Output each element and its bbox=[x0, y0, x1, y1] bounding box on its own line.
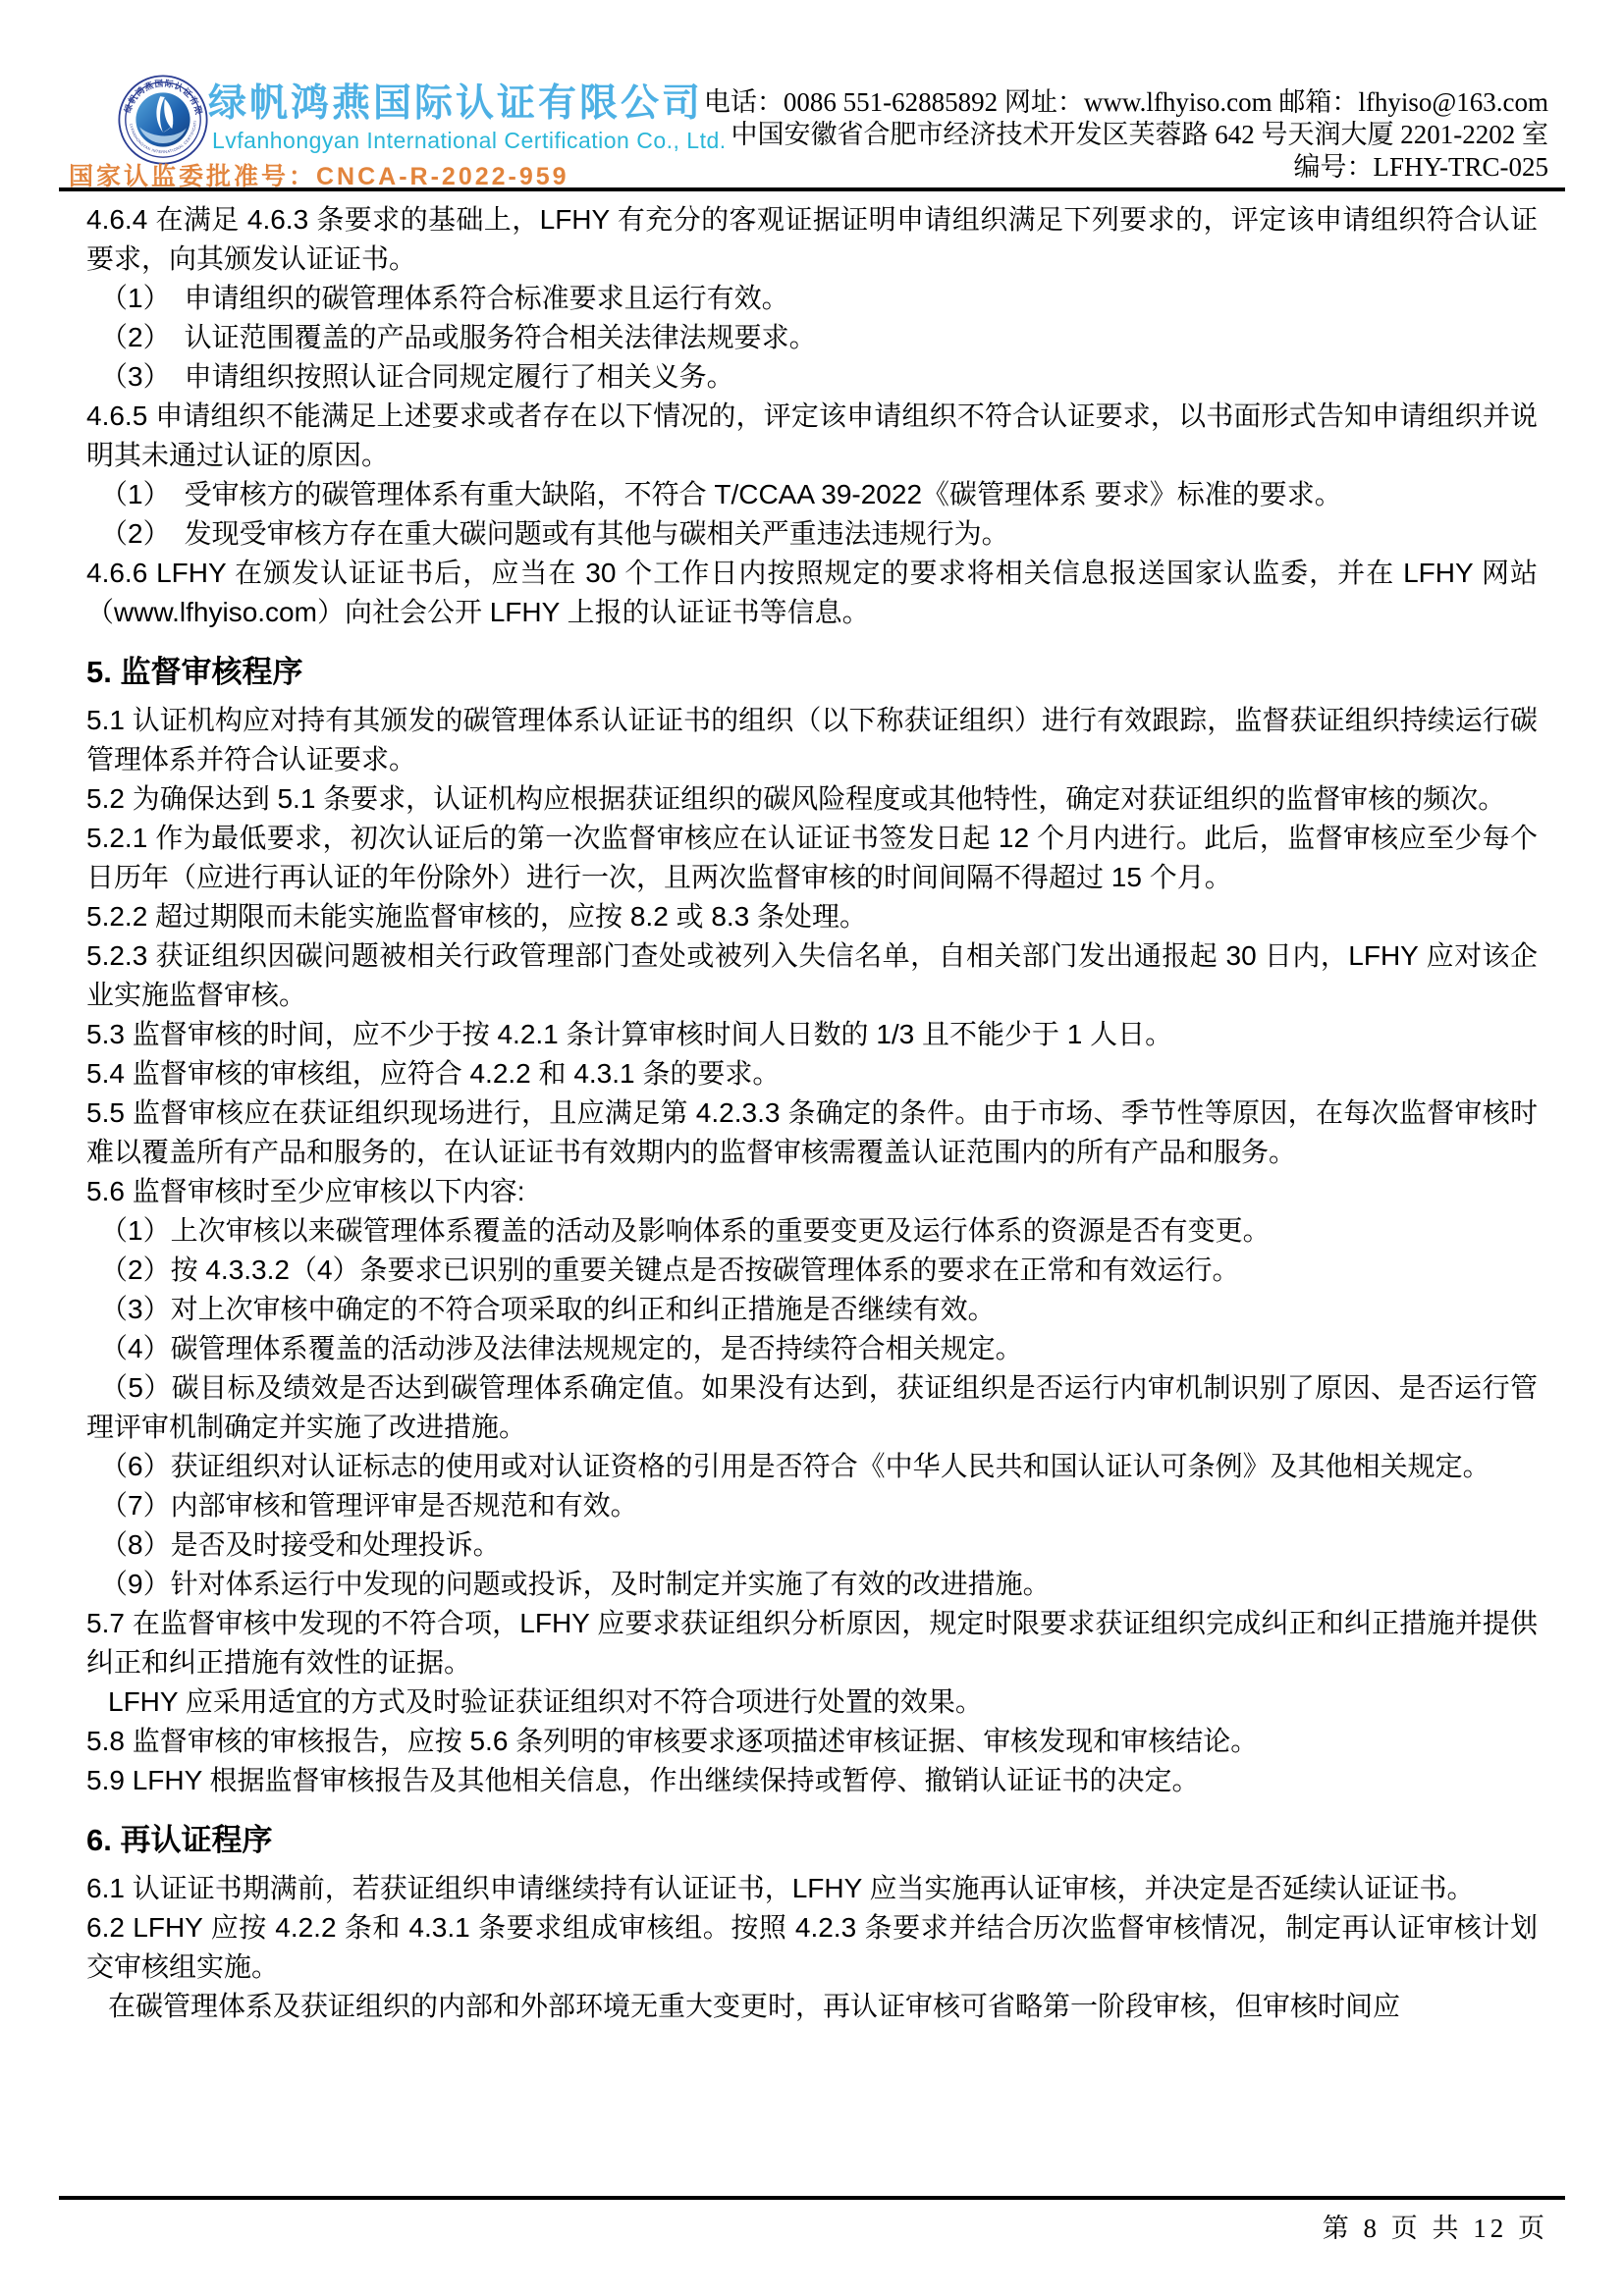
paragraph: 5.9 LFHY 根据监督审核报告及其他相关信息，作出继续保持或暂停、撤销认证证… bbox=[86, 1761, 1538, 1800]
paragraph: （5）碳目标及绩效是否达到碳管理体系确定值。如果没有达到，获证组织是否运行内审机… bbox=[86, 1368, 1538, 1447]
company-name-en: Lvfanhongyan International Certification… bbox=[212, 128, 727, 154]
paragraph: 在碳管理体系及获证组织的内部和外部环境无重大变更时，再认证审核可省略第一阶段审核… bbox=[86, 1987, 1538, 2026]
paragraph: 5.6 监督审核时至少应审核以下内容: bbox=[86, 1172, 1538, 1211]
contact-block: 电话：0086 551-62885892 网址：www.lfhyiso.com … bbox=[704, 86, 1548, 184]
doc-number: 编号：LFHY-TRC-025 bbox=[704, 151, 1548, 184]
paragraph: 5.1 认证机构应对持有其颁发的碳管理体系认证证书的组织（以下称获证组织）进行有… bbox=[86, 701, 1538, 779]
paragraph: 5.5 监督审核应在获证组织现场进行，且应满足第 4.2.3.3 条确定的条件。… bbox=[86, 1094, 1538, 1172]
paragraph: （9）针对体系运行中发现的问题或投诉，及时制定并实施了有效的改进措施。 bbox=[86, 1565, 1538, 1604]
section-heading: 6. 再认证程序 bbox=[86, 1820, 1538, 1861]
paragraph: 5.8 监督审核的审核报告，应按 5.6 条列明的审核要求逐项描述审核证据、审核… bbox=[86, 1722, 1538, 1761]
paragraph: 5.2.2 超过期限而未能实施监督审核的，应按 8.2 或 8.3 条处理。 bbox=[86, 897, 1538, 936]
paragraph: 5.2.3 获证组织因碳问题被相关行政管理部门查处或被列入失信名单，自相关部门发… bbox=[86, 936, 1538, 1015]
document-page: 绿帆鸿燕国际认证有限公司 LVFANHONGYAN INTERNATIONAL … bbox=[0, 0, 1624, 2296]
document-body: 4.6.4 在满足 4.6.3 条要求的基础上，LFHY 有充分的客观证据证明申… bbox=[86, 200, 1538, 2026]
header-divider bbox=[59, 187, 1565, 191]
paragraph: （7）内部审核和管理评审是否规范和有效。 bbox=[86, 1486, 1538, 1525]
company-logo-icon: 绿帆鸿燕国际认证有限公司 LVFANHONGYAN INTERNATIONAL … bbox=[118, 75, 208, 165]
paragraph: （2） 发现受审核方存在重大碳问题或有其他与碳相关严重违法违规行为。 bbox=[86, 514, 1538, 554]
paragraph: 5.2 为确保达到 5.1 条要求，认证机构应根据获证组织的碳风险程度或其他特性… bbox=[86, 779, 1538, 819]
paragraph: 4.6.5 申请组织不能满足上述要求或者存在以下情况的，评定该申请组织不符合认证… bbox=[86, 397, 1538, 475]
paragraph: （6）获证组织对认证标志的使用或对认证资格的引用是否符合《中华人民共和国认证认可… bbox=[86, 1447, 1538, 1486]
paragraph: 4.6.4 在满足 4.6.3 条要求的基础上，LFHY 有充分的客观证据证明申… bbox=[86, 200, 1538, 279]
contact-line-phone: 电话：0086 551-62885892 网址：www.lfhyiso.com … bbox=[704, 86, 1548, 119]
footer-divider bbox=[59, 2196, 1565, 2200]
paragraph: 5.3 监督审核的时间，应不少于按 4.2.1 条计算审核时间人日数的 1/3 … bbox=[86, 1015, 1538, 1054]
paragraph: （4）碳管理体系覆盖的活动涉及法律法规规定的，是否持续符合相关规定。 bbox=[86, 1329, 1538, 1368]
paragraph: 4.6.6 LFHY 在颁发认证证书后，应当在 30 个工作日内按照规定的要求将… bbox=[86, 554, 1538, 632]
paragraph: 6.1 认证证书期满前，若获证组织申请继续持有认证证书，LFHY 应当实施再认证… bbox=[86, 1869, 1538, 1908]
paragraph: LFHY 应采用适宜的方式及时验证获证组织对不符合项进行处置的效果。 bbox=[86, 1682, 1538, 1722]
page-number: 第 8 页 共 12 页 bbox=[1323, 2207, 1548, 2245]
section-heading: 5. 监督审核程序 bbox=[86, 652, 1538, 693]
paragraph: （1） 申请组织的碳管理体系符合标准要求且运行有效。 bbox=[86, 279, 1538, 318]
paragraph: （8）是否及时接受和处理投诉。 bbox=[86, 1525, 1538, 1565]
company-name-cn: 绿帆鸿燕国际认证有限公司 bbox=[208, 73, 703, 128]
paragraph: 5.4 监督审核的审核组，应符合 4.2.2 和 4.3.1 条的要求。 bbox=[86, 1054, 1538, 1094]
paragraph: （3）对上次审核中确定的不符合项采取的纠正和纠正措施是否继续有效。 bbox=[86, 1290, 1538, 1329]
paragraph: （2） 认证范围覆盖的产品或服务符合相关法律法规要求。 bbox=[86, 318, 1538, 357]
paragraph: 5.2.1 作为最低要求，初次认证后的第一次监督审核应在认证证书签发日起 12 … bbox=[86, 819, 1538, 897]
paragraph: （1）上次审核以来碳管理体系覆盖的活动及影响体系的重要变更及运行体系的资源是否有… bbox=[86, 1211, 1538, 1251]
letterhead: 绿帆鸿燕国际认证有限公司 LVFANHONGYAN INTERNATIONAL … bbox=[0, 0, 1624, 192]
paragraph: （2）按 4.3.3.2（4）条要求已识别的重要关键点是否按碳管理体系的要求在正… bbox=[86, 1251, 1538, 1290]
paragraph: （1） 受审核方的碳管理体系有重大缺陷，不符合 T/CCAA 39-2022《碳… bbox=[86, 475, 1538, 514]
paragraph: 6.2 LFHY 应按 4.2.2 条和 4.3.1 条要求组成审核组。按照 4… bbox=[86, 1908, 1538, 1987]
paragraph: （3） 申请组织按照认证合同规定履行了相关义务。 bbox=[86, 357, 1538, 397]
contact-line-address: 中国安徽省合肥市经济技术开发区芙蓉路 642 号天润大厦 2201-2202 室 bbox=[704, 119, 1548, 151]
paragraph: 5.7 在监督审核中发现的不符合项，LFHY 应要求获证组织分析原因，规定时限要… bbox=[86, 1604, 1538, 1682]
